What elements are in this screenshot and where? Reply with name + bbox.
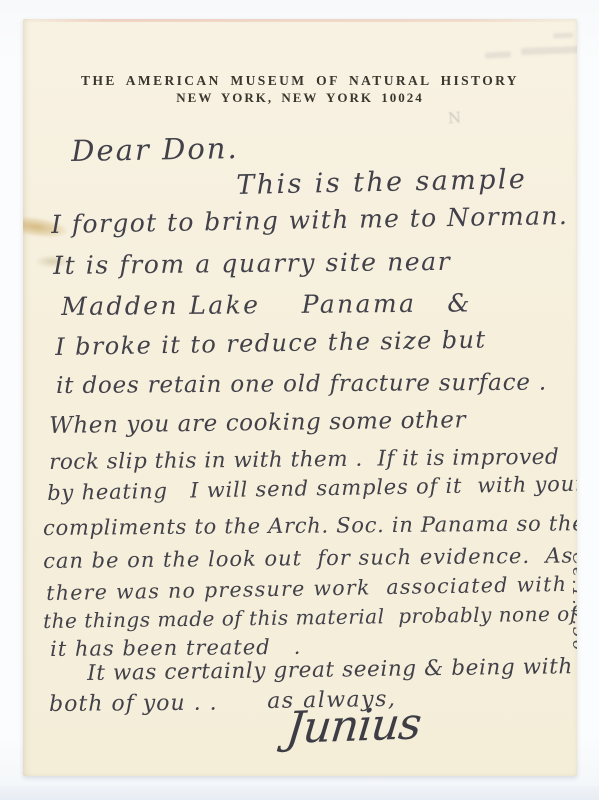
salutation: Dear Don. — [71, 133, 239, 168]
letter-line: This is the sample — [236, 165, 528, 201]
letter-line: It is from a quarry site near — [53, 248, 451, 280]
letterhead-address: NEW YORK, NEW YORK 10024 — [23, 90, 577, 106]
letter-line: both of you . . — [49, 692, 218, 718]
letter-line: it does retain one old fracture surface … — [56, 371, 547, 400]
bleedthrough-streak — [485, 51, 511, 58]
letter-line: the things made of this material probabl… — [43, 603, 577, 632]
signature: Junius — [284, 700, 423, 753]
letter-line: can be on the look out for such evidence… — [43, 544, 573, 573]
letterhead-institution: THE AMERICAN MUSEUM OF NATURAL HISTORY — [23, 73, 577, 89]
letter-line: Madden Lake Panama & — [61, 289, 472, 320]
letter-line: compliments to the Arch. Soc. in Panama … — [43, 512, 577, 540]
catalog-number-annotation: Ce.1.5.56 — [568, 552, 577, 653]
scanned-letter: N THE AMERICAN MUSEUM OF NATURAL HISTORY… — [0, 0, 599, 800]
letter-paper: N THE AMERICAN MUSEUM OF NATURAL HISTORY… — [23, 19, 577, 776]
bleedthrough-streak — [521, 46, 577, 55]
faint-pencil-mark: N — [447, 109, 461, 128]
bleedthrough-streak — [553, 33, 573, 39]
letter-line: rock slip this in with them . If it is i… — [49, 446, 559, 475]
letter-line: it has been treated . — [50, 636, 301, 661]
letter-line: I forgot to bring with me to Norman. — [51, 202, 568, 239]
scan-background-strip — [0, 786, 599, 800]
bleedthrough-mark — [483, 25, 577, 67]
letter-line: It was certainly great seeing & being wi… — [87, 655, 573, 685]
letter-line: When you are cooking some other — [49, 408, 466, 439]
letter-line: I broke it to reduce the size but — [55, 326, 487, 360]
letter-line: there was no pressure work associated wi… — [46, 573, 567, 605]
letter-line: by heating I will send samples of it wit… — [47, 473, 577, 505]
